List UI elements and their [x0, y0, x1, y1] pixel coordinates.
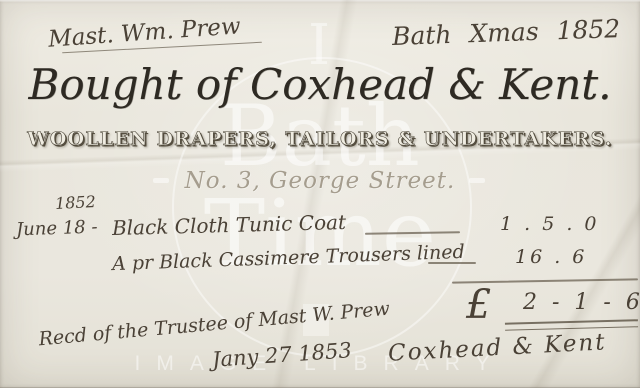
letterhead-subtitle: WOOLLEN DRAPERS, TAILORS & UNDERTAKERS. — [0, 128, 640, 150]
place-date: Bath Xmas 1852 — [392, 14, 621, 51]
currency-sign: £ — [466, 282, 491, 328]
customer-name: Mast. Wm. Prew — [47, 13, 241, 52]
item-amount: 1 . 5 . 0 — [500, 213, 600, 235]
leader-line — [365, 231, 460, 234]
letterhead-title: Bought of Coxhead & Kent. — [0, 60, 640, 109]
signature: Coxhead & Kent — [387, 329, 607, 366]
ledger-year-note: 1852 — [55, 192, 97, 213]
letterhead-address: No. 3, George Street. — [0, 168, 640, 194]
leader-line — [428, 262, 476, 264]
item-description: A pr Black Cassimere Trousers lined — [112, 241, 465, 275]
item-date: June 18 - — [16, 217, 98, 241]
total-double-underline — [505, 319, 638, 330]
item-description: Black Cloth Tunic Coat — [112, 210, 347, 240]
scanned-invoice-page: I Bath Time IMAGE LIBRARY Mast. Wm. Prew… — [0, 0, 640, 388]
item-amount: 16 . 6 — [515, 246, 587, 268]
total-amount: 2 - 1 - 6 — [523, 290, 640, 315]
receipt-date: Jany 27 1853 — [211, 338, 352, 372]
